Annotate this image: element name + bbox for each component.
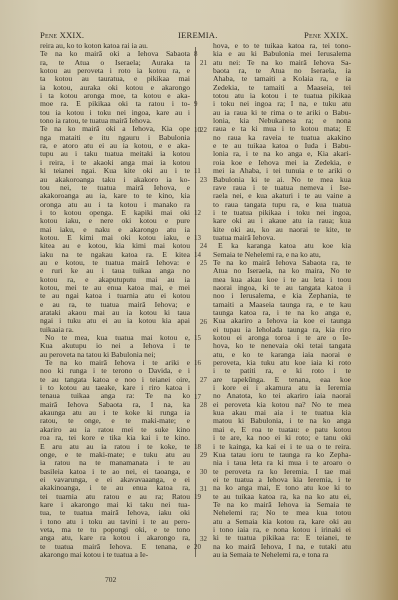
verse-number: 30: [200, 468, 207, 476]
verse-number: 29: [200, 451, 207, 459]
text-line: akarongo mai kotou i te tuatua a Ie-: [40, 551, 190, 559]
verse-number: 16: [194, 359, 201, 367]
verse-number: 22: [200, 126, 207, 134]
column-divider: [195, 47, 196, 557]
verse-number: 20: [194, 543, 201, 551]
text-line: au ia Semaia te Nehelemi ra, e tona ra: [213, 551, 351, 559]
verse-number: 19: [194, 493, 201, 501]
verse-number: 25: [200, 259, 207, 267]
page-number: 702: [105, 575, 116, 584]
verse-number: 8: [194, 50, 198, 58]
verse-number: 27: [200, 376, 207, 384]
verse-number: 23: [200, 176, 207, 184]
verse-number: 26: [200, 318, 207, 326]
verse-number: 24: [200, 242, 207, 250]
verse-number: 12: [194, 209, 201, 217]
right-text-column: hova, e to te tuikaa katoa ra, tei tono-…: [213, 42, 351, 559]
verse-number: 11: [194, 167, 201, 175]
verse-number: 15: [194, 334, 201, 342]
verse-number: 31: [200, 485, 207, 493]
verse-number: 17: [194, 393, 201, 401]
verse-number: 28: [200, 401, 207, 409]
running-head-left: Pene XXIX.: [40, 30, 84, 40]
verse-number: 14: [194, 251, 201, 259]
verse-number: 13: [194, 234, 201, 242]
verse-number: 18: [194, 443, 201, 451]
running-head-title: IEREMIA.: [178, 30, 218, 40]
verse-number: 21: [200, 59, 207, 67]
running-head-right: Pene XXIX.: [304, 30, 348, 40]
verse-number: 32: [200, 535, 207, 543]
chapter-label-left: Pene XXIX.: [40, 30, 84, 40]
left-text-column: reira au, ko to koton katoa rai ia au.Te…: [40, 42, 190, 559]
verse-number: 9: [194, 100, 198, 108]
chapter-label-right: Pene XXIX.: [304, 30, 348, 40]
